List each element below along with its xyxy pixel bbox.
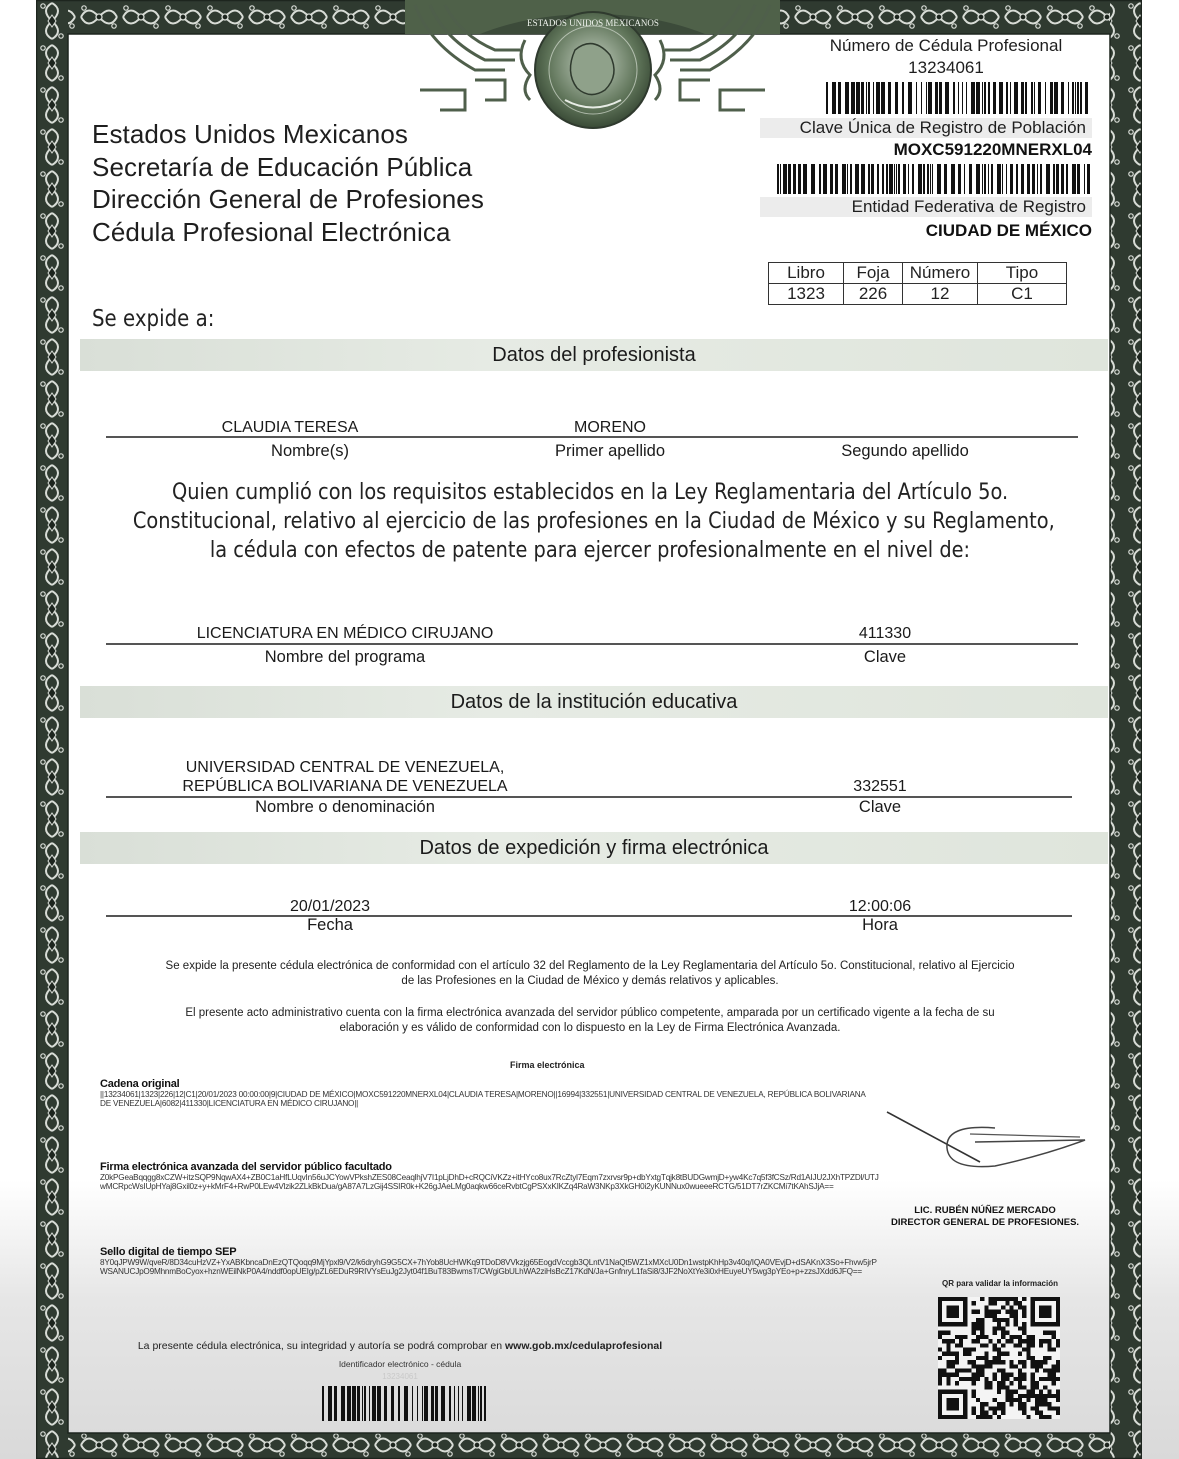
electronic-id-label: Identificador electrónico - cédula (95, 1359, 705, 1369)
advanced-signature-block: Firma electrónica avanzada del servidor … (100, 1163, 880, 1192)
header-line-document-type: Cédula Profesional Electrónica (92, 216, 484, 249)
entidad-value: CIUDAD DE MÉXICO (760, 221, 1092, 241)
electronic-id-value: 13234061 (95, 1372, 705, 1381)
col-libro: Libro (769, 263, 844, 284)
issue-time-label: Hora (815, 916, 945, 935)
verification-text: La presente cédula electrónica, su integ… (138, 1340, 505, 1352)
numero-value: 12 (903, 284, 978, 305)
program-clave-label: Clave (820, 648, 950, 667)
header-line-country: Estados Unidos Mexicanos (92, 118, 484, 151)
legal-paragraph-1: Se expide la presente cédula electrónica… (95, 959, 1085, 989)
col-tipo: Tipo (978, 263, 1067, 284)
electronic-id-barcode (300, 1386, 510, 1421)
curp-barcode (760, 164, 1092, 194)
program-name: LICENCIATURA EN MÉDICO CIRUJANO (150, 625, 540, 643)
header-line-directorate: Dirección General de Profesiones (92, 183, 484, 216)
original-chain-block: Cadena original ||13234061|1323|226|12|C… (100, 1080, 870, 1109)
col-foja: Foja (844, 263, 903, 284)
program-underline (106, 643, 1078, 645)
registry-table: Libro Foja Número Tipo 1323 226 12 C1 (768, 262, 1067, 305)
legal-p1-line2: de las Profesiones en la Ciudad de Méxic… (95, 974, 1085, 989)
signer-block: LIC. RUBÉN NÚÑEZ MERCADO DIRECTOR GENERA… (870, 1205, 1100, 1229)
issue-time: 12:00:06 (815, 898, 945, 916)
signer-title: DIRECTOR GENERAL DE PROFESIONES. (870, 1217, 1100, 1229)
institution-clave-label: Clave (815, 798, 945, 817)
legal-paragraph-2: El presente acto administrativo cuenta c… (95, 1006, 1085, 1036)
legal-p2-line1: El presente acto administrativo cuenta c… (95, 1006, 1085, 1021)
timestamp-seal-text: 8Y0qJPW9W/qveR/8D34cuHzVZ+YxABKbncaDnEzQ… (100, 1258, 880, 1277)
issuer-header: Estados Unidos Mexicanos Secretaría de E… (92, 118, 484, 248)
registry-table-header: Libro Foja Número Tipo (769, 263, 1067, 284)
institution-clave: 332551 (815, 778, 945, 796)
statement-line-2: Constitucional, relativo al ejercicio de… (133, 507, 1055, 536)
registry-table-row: 1323 226 12 C1 (769, 284, 1067, 305)
qr-label: QR para validar la información (915, 1279, 1085, 1288)
program-clave: 411330 (820, 625, 950, 643)
program-name-label: Nombre del programa (200, 648, 490, 667)
statement-line-3: la cédula con efectos de patente para ej… (210, 536, 970, 565)
second-surname-label: Segundo apellido (790, 442, 1020, 461)
issue-date: 20/01/2023 (230, 898, 430, 916)
crest-text: ESTADOS UNIDOS MEXICANOS (527, 18, 659, 28)
electronic-signature-title: Firma electrónica (510, 1060, 585, 1070)
curp-label: Clave Única de Registro de Población (760, 118, 1092, 138)
compliance-statement: Quien cumplió con los requisitos estable… (70, 478, 1110, 565)
institution-name-label: Nombre o denominación (200, 798, 490, 817)
section-issuance-data: Datos de expedición y firma electrónica (80, 832, 1108, 864)
cedula-number: 13234061 (760, 58, 1092, 78)
timestamp-seal-block: Sello digital de tiempo SEP 8Y0qJPW9W/qv… (100, 1248, 880, 1277)
libro-value: 1323 (769, 284, 844, 305)
statement-line-1: Quien cumplió con los requisitos estable… (172, 478, 1008, 507)
qr-code-icon[interactable] (937, 1297, 1061, 1419)
registry-panel: Número de Cédula Profesional 13234061 Cl… (760, 36, 1092, 241)
issued-to-label: Se expide a: (92, 306, 214, 332)
tipo-value: C1 (978, 284, 1067, 305)
handwritten-signature-icon (885, 1100, 1090, 1180)
section-professional-data: Datos del profesionista (80, 339, 1108, 371)
legal-p2-line2: elaboración y es válido de conformidad c… (95, 1021, 1085, 1036)
cedula-number-label: Número de Cédula Profesional (760, 36, 1092, 56)
national-crest-icon: ESTADOS UNIDOS MEXICANOS (405, 0, 780, 135)
header-line-ministry: Secretaría de Educación Pública (92, 151, 484, 184)
name-underline (106, 436, 1078, 438)
verification-link[interactable]: www.gob.mx/cedulaprofesional (505, 1340, 662, 1352)
advanced-signature-title: Firma electrónica avanzada del servidor … (100, 1163, 880, 1173)
cedula-barcode (760, 82, 1092, 114)
original-chain-title: Cadena original (100, 1080, 870, 1090)
signer-name: LIC. RUBÉN NÚÑEZ MERCADO (870, 1205, 1100, 1217)
given-names-label: Nombre(s) (160, 442, 460, 461)
col-numero: Número (903, 263, 978, 284)
institution-name-line2: REPÚBLICA BOLIVARIANA DE VENEZUELA (140, 778, 550, 796)
issue-date-label: Fecha (230, 916, 430, 935)
timestamp-seal-title: Sello digital de tiempo SEP (100, 1248, 880, 1258)
curp-value: MOXC591220MNERXL04 (760, 140, 1092, 160)
given-names: CLAUDIA TERESA (160, 419, 420, 437)
foja-value: 226 (844, 284, 903, 305)
verification-notice: La presente cédula electrónica, su integ… (95, 1340, 705, 1352)
advanced-signature-text: Z0kPGeaBqqgg8xCZW+itzSQP9NqwAX4+ZB0C1aHf… (100, 1173, 880, 1192)
first-surname: MORENO (500, 419, 720, 437)
legal-p1-line1: Se expide la presente cédula electrónica… (95, 959, 1085, 974)
section-institution-data: Datos de la institución educativa (80, 686, 1108, 718)
institution-name-line1: UNIVERSIDAD CENTRAL DE VENEZUELA, (140, 759, 550, 777)
entidad-label: Entidad Federativa de Registro (760, 197, 1092, 217)
original-chain-text: ||13234061|1323|226|12|C1|20/01/2023 00:… (100, 1090, 870, 1109)
first-surname-label: Primer apellido (500, 442, 720, 461)
